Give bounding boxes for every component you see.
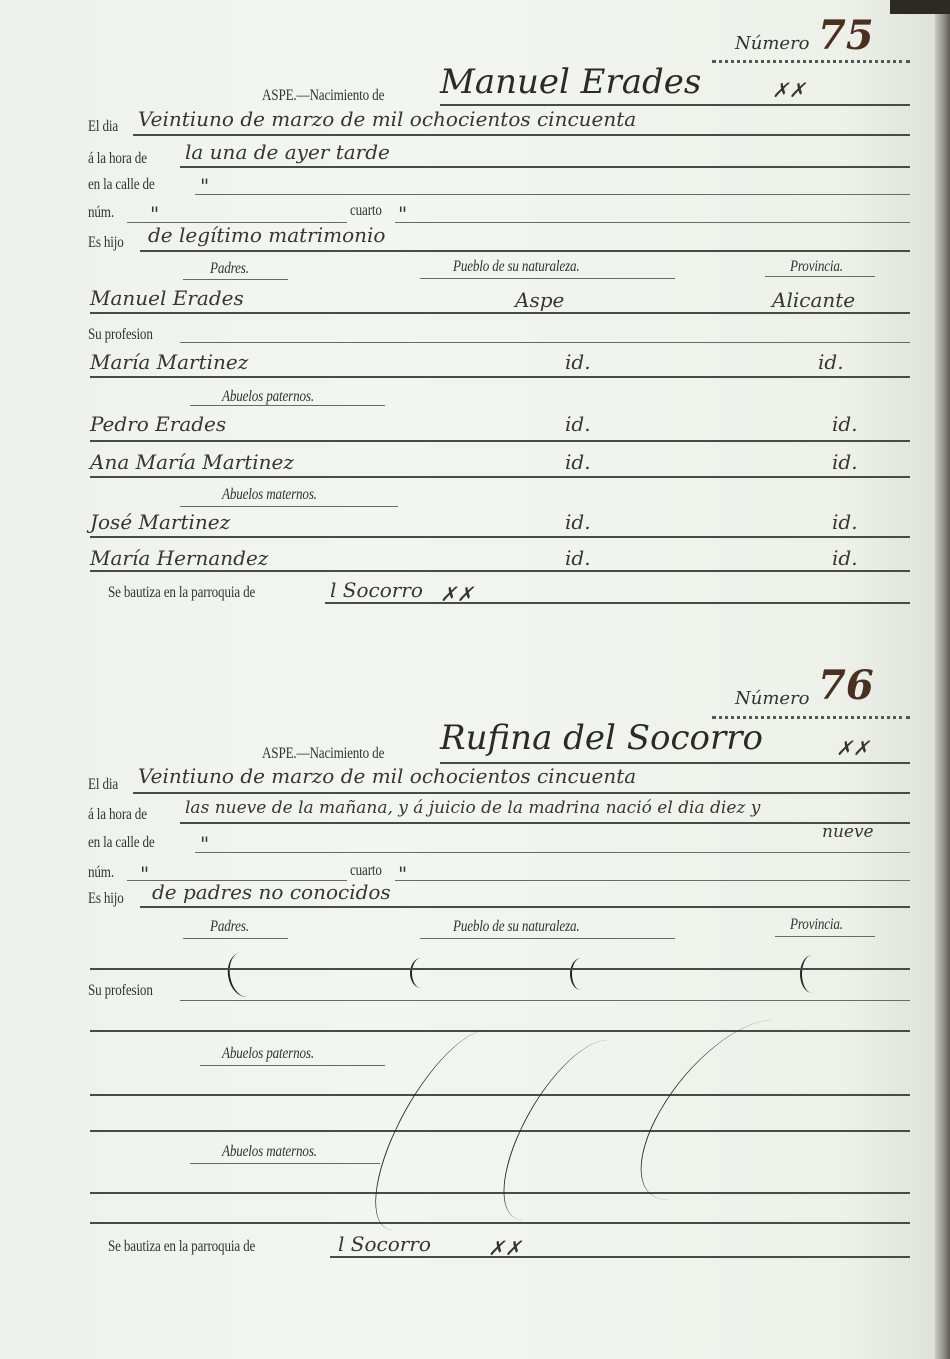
num-label: núm. bbox=[88, 864, 114, 882]
line-hora bbox=[180, 166, 910, 168]
line-el-dia bbox=[133, 792, 910, 794]
line-madre bbox=[90, 376, 910, 378]
line-padre bbox=[90, 968, 910, 970]
line-es-hijo bbox=[140, 906, 910, 908]
nacimiento-label: ASPE.—Nacimiento de bbox=[262, 745, 384, 763]
hora-continued: nueve bbox=[822, 822, 874, 842]
numero-label: Número bbox=[735, 688, 810, 709]
abuelos-paternos-label: Abuelos paternos. bbox=[222, 388, 314, 406]
abuelo-pueblo: id. bbox=[565, 450, 591, 474]
cross-mark: ✗✗ bbox=[772, 78, 806, 102]
line-es-hijo bbox=[140, 250, 910, 252]
line-el-dia bbox=[133, 134, 910, 136]
col-underline bbox=[190, 1163, 380, 1164]
madre-pueblo: id. bbox=[565, 350, 591, 374]
child-name: Manuel Erades bbox=[440, 62, 701, 102]
book-binding-edge bbox=[935, 0, 950, 1359]
ditto-stroke bbox=[800, 955, 824, 993]
hora-label: á la hora de bbox=[88, 150, 147, 168]
line-hora bbox=[180, 822, 910, 824]
padre-name: Manuel Erades bbox=[90, 286, 244, 310]
abuelo-pueblo: id. bbox=[565, 546, 591, 570]
el-dia-value: Veintiuno de marzo de mil ochocientos ci… bbox=[138, 764, 636, 788]
el-dia-label: El dia bbox=[88, 118, 118, 136]
col-underline bbox=[420, 938, 675, 939]
profesion-label: Su profesion bbox=[88, 982, 153, 1000]
col-underline bbox=[420, 278, 675, 279]
abuelo-name: José Martinez bbox=[90, 510, 230, 534]
ditto-stroke bbox=[410, 958, 432, 988]
line-padre bbox=[90, 312, 910, 314]
abuelo-name: Ana María Martinez bbox=[90, 450, 294, 474]
line-row bbox=[90, 440, 910, 442]
col-underline bbox=[190, 405, 385, 406]
abuelo-provincia: id. bbox=[832, 450, 858, 474]
col-padres: Padres. bbox=[210, 260, 249, 278]
abuelo-provincia: id. bbox=[832, 546, 858, 570]
line-row bbox=[90, 1222, 910, 1224]
abuelos-maternos-label: Abuelos maternos. bbox=[222, 1143, 317, 1161]
col-padres: Padres. bbox=[210, 918, 249, 936]
child-name: Rufina del Socorro bbox=[440, 718, 763, 758]
calle-label: en la calle de bbox=[88, 176, 155, 194]
col-provincia: Provincia. bbox=[790, 916, 843, 934]
abuelos-maternos-label: Abuelos maternos. bbox=[222, 486, 317, 504]
line-row bbox=[90, 476, 910, 478]
line-parroquia bbox=[330, 1256, 910, 1258]
record-number: 75 bbox=[818, 12, 874, 59]
col-underline bbox=[180, 506, 398, 507]
col-underline bbox=[183, 938, 288, 939]
col-pueblo: Pueblo de su naturaleza. bbox=[453, 258, 580, 276]
abuelo-pueblo: id. bbox=[565, 412, 591, 436]
hora-value: las nueve de la mañana, y á juicio de la… bbox=[185, 798, 760, 818]
line-cuarto bbox=[395, 222, 910, 223]
profesion-label: Su profesion bbox=[88, 326, 153, 344]
el-dia-label: El dia bbox=[88, 776, 118, 794]
line-cuarto bbox=[395, 880, 910, 881]
line-calle bbox=[195, 194, 910, 195]
col-underline bbox=[183, 279, 288, 280]
abuelo-pueblo: id. bbox=[565, 510, 591, 534]
parroquia-label: Se bautiza en la parroquia de bbox=[108, 1238, 255, 1256]
line-row bbox=[90, 570, 910, 572]
es-hijo-value: de legítimo matrimonio bbox=[148, 223, 385, 247]
calle-label: en la calle de bbox=[88, 834, 155, 852]
parroquia-value: l Socorro bbox=[338, 1232, 431, 1256]
cuarto-value: " bbox=[398, 862, 407, 886]
ditto-stroke bbox=[608, 1020, 833, 1200]
cuarto-label: cuarto bbox=[350, 862, 382, 880]
abuelo-name: María Hernandez bbox=[90, 546, 268, 570]
line-row bbox=[90, 1192, 910, 1194]
abuelo-name: Pedro Erades bbox=[90, 412, 226, 436]
padre-provincia: Alicante bbox=[772, 288, 855, 312]
record-number: 76 bbox=[818, 662, 874, 709]
cross-mark: ✗✗ bbox=[836, 736, 870, 760]
madre-name: María Martinez bbox=[90, 350, 248, 374]
numero-label: Número bbox=[735, 33, 810, 54]
line-row bbox=[90, 536, 910, 538]
madre-provincia: id. bbox=[818, 350, 844, 374]
ditto-stroke bbox=[224, 950, 263, 1000]
line-parroquia bbox=[325, 602, 910, 604]
book-binding-corner bbox=[890, 0, 950, 14]
line-profesion bbox=[180, 1000, 910, 1001]
col-provincia: Provincia. bbox=[790, 258, 843, 276]
header-dotted-rule bbox=[712, 60, 910, 66]
ledger-page: Número 75 ASPE.—Nacimiento de Manuel Era… bbox=[0, 0, 935, 1359]
col-underline bbox=[775, 936, 875, 937]
abuelo-provincia: id. bbox=[832, 412, 858, 436]
es-hijo-label: Es hijo bbox=[88, 890, 124, 908]
col-underline bbox=[765, 276, 875, 277]
abuelos-paternos-label: Abuelos paternos. bbox=[222, 1045, 314, 1063]
hora-value: la una de ayer tarde bbox=[185, 140, 390, 164]
parroquia-value: l Socorro bbox=[330, 578, 423, 602]
cuarto-label: cuarto bbox=[350, 202, 382, 220]
line-row bbox=[90, 1130, 910, 1132]
line-calle bbox=[195, 852, 910, 853]
el-dia-value: Veintiuno de marzo de mil ochocientos ci… bbox=[138, 107, 636, 131]
ditto-stroke bbox=[570, 958, 592, 990]
es-hijo-label: Es hijo bbox=[88, 234, 124, 252]
abuelo-provincia: id. bbox=[832, 510, 858, 534]
padre-pueblo: Aspe bbox=[515, 288, 564, 312]
line-profesion bbox=[180, 342, 910, 343]
col-pueblo: Pueblo de su naturaleza. bbox=[453, 918, 580, 936]
col-underline bbox=[200, 1065, 385, 1066]
hora-label: á la hora de bbox=[88, 806, 147, 824]
line-name bbox=[440, 104, 910, 106]
parroquia-label: Se bautiza en la parroquia de bbox=[108, 584, 255, 602]
nacimiento-label: ASPE.—Nacimiento de bbox=[262, 87, 384, 105]
num-label: núm. bbox=[88, 204, 114, 222]
num-value: " bbox=[140, 862, 149, 886]
es-hijo-value: de padres no conocidos bbox=[152, 880, 391, 904]
